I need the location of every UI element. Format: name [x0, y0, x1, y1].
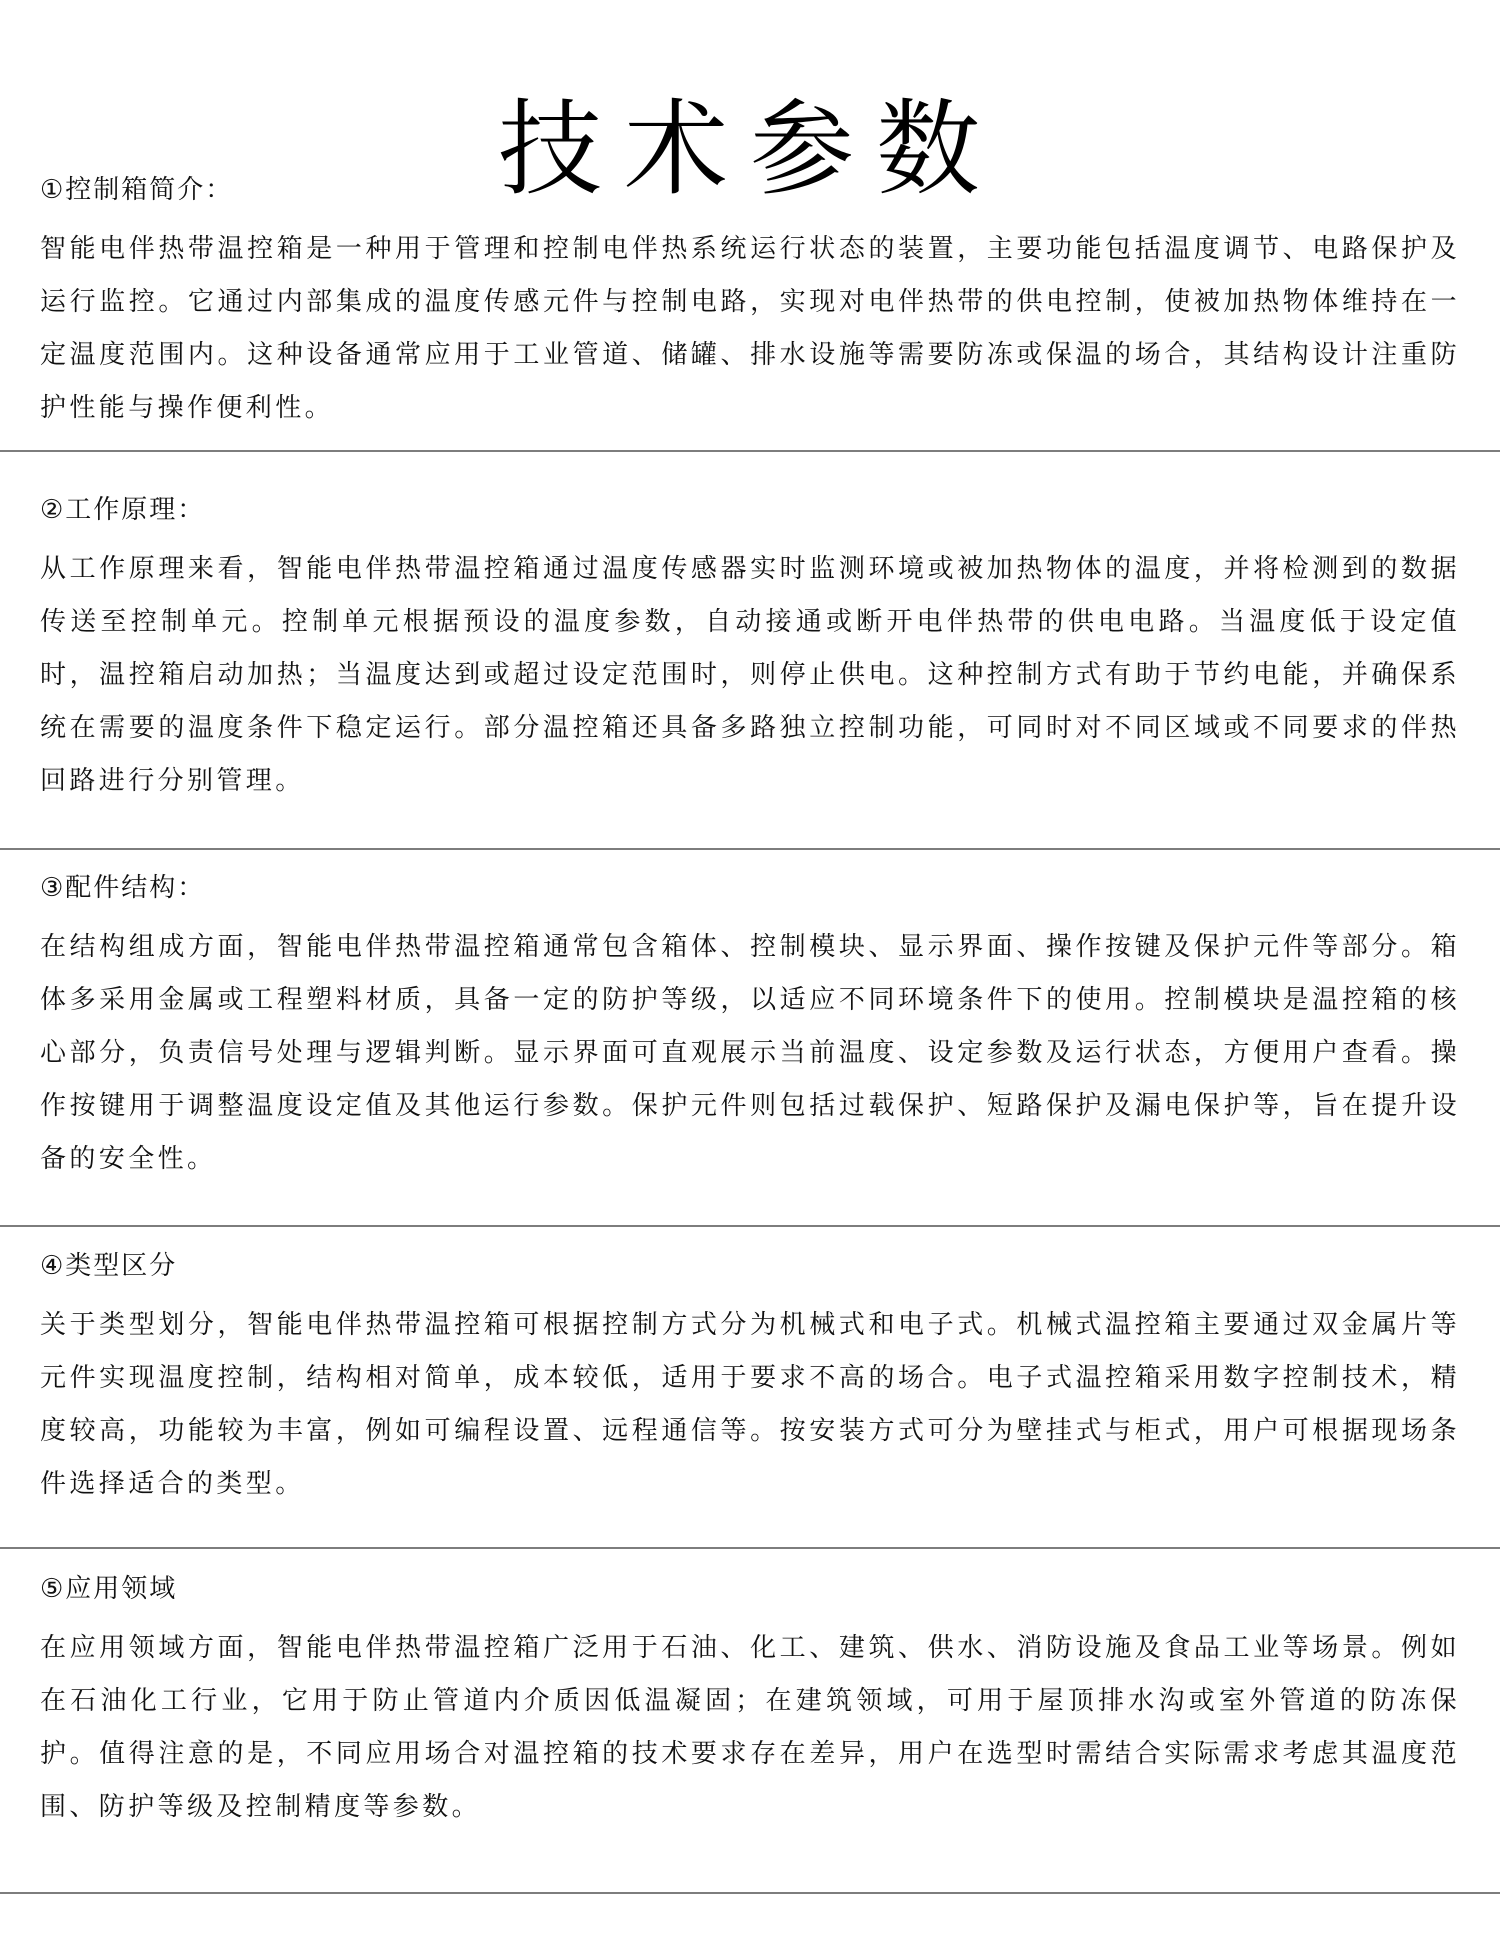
section-controller-intro: ①控制箱简介： 智能电伴热带温控箱是一种用于管理和控制电伴热系统运行状态的装置，…	[40, 170, 1460, 435]
section-divider	[0, 450, 1500, 452]
section-heading: ③配件结构：	[40, 868, 1460, 908]
section-component-structure: ③配件结构： 在结构组成方面，智能电伴热带温控箱通常包含箱体、控制模块、显示界面…	[40, 868, 1460, 1186]
section-body: 在应用领域方面，智能电伴热带温控箱广泛用于石油、化工、建筑、供水、消防设施及食品…	[40, 1622, 1460, 1834]
section-divider	[0, 1892, 1500, 1894]
section-divider	[0, 848, 1500, 850]
section-body: 从工作原理来看，智能电伴热带温控箱通过温度传感器实时监测环境或被加热物体的温度，…	[40, 543, 1460, 808]
section-heading: ⑤应用领域	[40, 1569, 1460, 1609]
section-body: 关于类型划分，智能电伴热带温控箱可根据控制方式分为机械式和电子式。机械式温控箱主…	[40, 1299, 1460, 1511]
section-heading: ②工作原理：	[40, 490, 1460, 530]
section-divider	[0, 1547, 1500, 1549]
section-body: 智能电伴热带温控箱是一种用于管理和控制电伴热系统运行状态的装置，主要功能包括温度…	[40, 223, 1460, 435]
section-divider	[0, 1225, 1500, 1227]
section-working-principle: ②工作原理： 从工作原理来看，智能电伴热带温控箱通过温度传感器实时监测环境或被加…	[40, 490, 1460, 808]
section-body: 在结构组成方面，智能电伴热带温控箱通常包含箱体、控制模块、显示界面、操作按键及保…	[40, 921, 1460, 1186]
section-application-fields: ⑤应用领域 在应用领域方面，智能电伴热带温控箱广泛用于石油、化工、建筑、供水、消…	[40, 1569, 1460, 1834]
section-type-classification: ④类型区分 关于类型划分，智能电伴热带温控箱可根据控制方式分为机械式和电子式。机…	[40, 1246, 1460, 1511]
section-heading: ①控制箱简介：	[40, 170, 1460, 210]
section-heading: ④类型区分	[40, 1246, 1460, 1286]
